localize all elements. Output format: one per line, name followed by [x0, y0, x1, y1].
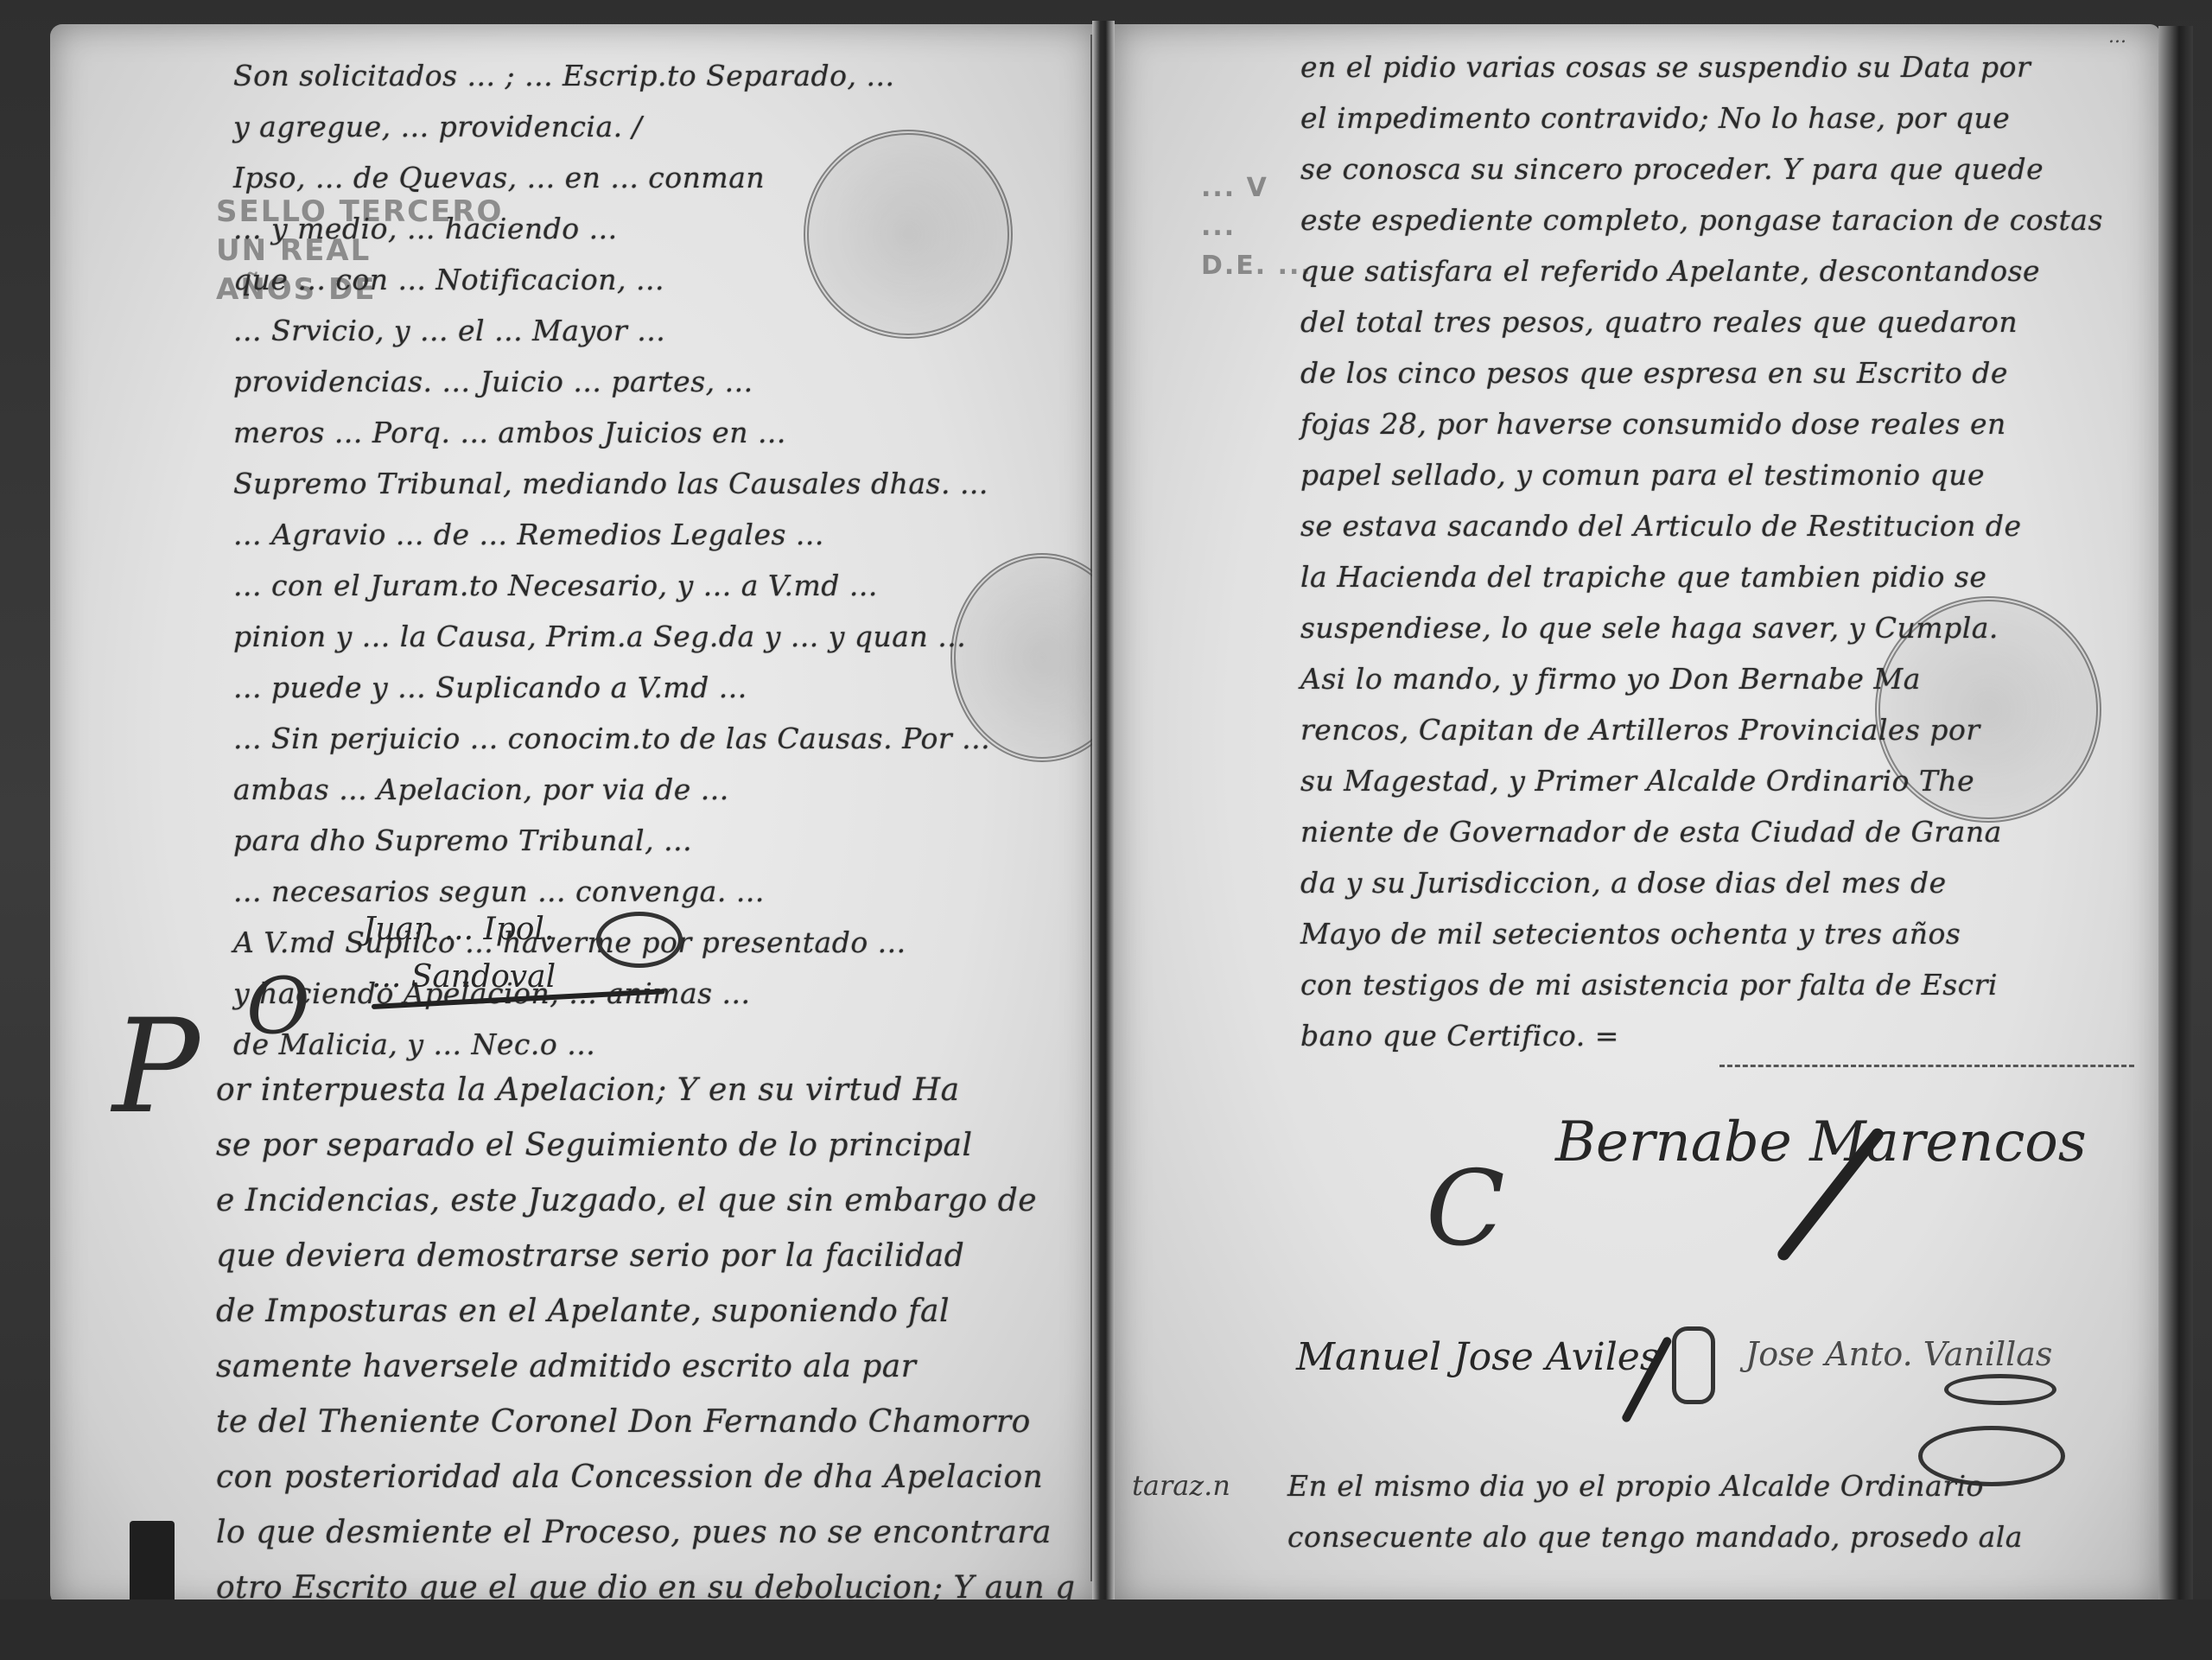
text-line: con testigos de mi asistencia por falta …	[1300, 959, 2103, 1010]
signature-bernabe-marencos: Bernabe Marencos	[1555, 1110, 2087, 1174]
text-line: la Hacienda del trapiche que tambien pid…	[1300, 551, 2103, 602]
text-line: que satisfara el referido Apelante, desc…	[1300, 245, 2103, 296]
right-page-upper-text: en el pidio varias cosas se suspendio su…	[1300, 41, 2103, 1061]
text-line: pinion y ... la Causa, Prim.a Seg.da y .…	[233, 611, 990, 662]
text-line: el impedimento contravido; No lo hase, p…	[1300, 92, 2103, 143]
text-line: ... Sin perjuicio ... conocim.to de las …	[233, 713, 990, 764]
text-line: ... Srvicio, y ... el ... Mayor ...	[233, 305, 990, 356]
text-line: ambas ... Apelacion, por via de ...	[233, 764, 990, 815]
manuscript-scan: SELLO TERCERO UN REAL AÑOS DE Son solici…	[0, 0, 2212, 1660]
text-line: su Magestad, y Primer Alcalde Ordinario …	[1300, 755, 2103, 806]
text-line: meros ... Porq. ... ambos Juicios en ...	[233, 407, 990, 458]
text-line: ... Agravio ... de ... Remedios Legales …	[233, 509, 990, 560]
text-line: rencos, Capitan de Artilleros Provincial…	[1300, 704, 2103, 755]
text-line: se estava sacando del Articulo de Restit…	[1300, 500, 2103, 551]
text-line: que ... con ... Notificacion, ...	[233, 254, 990, 305]
text-line: e Incidencias, este Juzgado, el que sin …	[216, 1173, 1076, 1229]
margin-stamp-line-1: ... V	[1201, 173, 1268, 203]
text-line: te del Theniente Coronel Don Fernando Ch…	[216, 1395, 1076, 1450]
left-signature-rubric	[596, 912, 683, 968]
text-line: ... necesarios segun ... convenga. ...	[233, 866, 990, 917]
witness-signature-1: Manuel Jose Aviles	[1296, 1335, 1659, 1379]
text-line: papel sellado, y comun para el testimoni…	[1300, 449, 2103, 500]
text-line: providencias. ... Juicio ... partes, ...	[233, 356, 990, 407]
right-page-edge	[2158, 26, 2193, 1608]
witness-signature-2: Jose Anto. Vanillas	[1745, 1335, 2052, 1373]
text-line: samente haversele admitido escrito ala p…	[216, 1339, 1076, 1395]
text-line: Ipso, ... de Quevas, ... en ... conman	[233, 152, 990, 203]
text-line: suspendiese, lo que sele haga saver, y C…	[1300, 602, 2103, 653]
left-signature-line-1: Juan ... Ipol.	[363, 912, 554, 947]
rubric-letter: C	[1426, 1158, 1505, 1262]
text-line: se por separado el Seguimiento de lo pri…	[216, 1118, 1076, 1173]
witness-1-rubric	[1672, 1326, 1715, 1404]
line-filler-dashes	[1719, 1065, 2134, 1067]
text-line: con posterioridad ala Concession de dha …	[216, 1450, 1076, 1505]
text-line: este espediente completo, pongase taraci…	[1300, 194, 2103, 245]
text-line: del total tres pesos, quatro reales que …	[1300, 296, 2103, 347]
text-line: or interpuesta la Apelacion; Y en su vir…	[216, 1063, 1076, 1118]
text-line: lo que desmiente el Proceso, pues no se …	[216, 1505, 1076, 1561]
text-line: para dho Supremo Tribunal, ...	[233, 815, 990, 866]
text-line: de los cinco pesos que espresa en su Esc…	[1300, 347, 2103, 398]
text-line: da y su Jurisdiccion, a dose dias del me…	[1300, 857, 2103, 908]
text-line: consecuente alo que tengo mandado, prose…	[1287, 1511, 2023, 1562]
text-line: bano que Certifico. =	[1300, 1010, 2103, 1061]
scan-bottom-border	[0, 1600, 2212, 1660]
text-line: En el mismo dia yo el propio Alcalde Ord…	[1287, 1460, 2023, 1511]
text-line: Asi lo mando, y firmo yo Don Bernabe Ma	[1300, 653, 2103, 704]
folio-mark: ...	[2108, 26, 2126, 48]
decorative-initial-small: O	[246, 968, 310, 1046]
margin-stamp-line-2: ...	[1201, 212, 1236, 242]
text-line: ... con el Juram.to Necesario, y ... a V…	[233, 560, 990, 611]
margin-stamp-line-3: D.E. ...	[1201, 251, 1313, 281]
text-line: ... y medio, ... haciendo ...	[233, 203, 990, 254]
text-line: fojas 28, por haverse consumido dose rea…	[1300, 398, 2103, 449]
witness-2-rubric-top	[1944, 1374, 2056, 1405]
text-line: y agregue, ... providencia. /	[233, 101, 990, 152]
right-page-lower-text: En el mismo dia yo el propio Alcalde Ord…	[1287, 1460, 2023, 1562]
left-page-lower-text: or interpuesta la Apelacion; Y en su vir…	[216, 1063, 1076, 1616]
text-line: en el pidio varias cosas se suspendio su…	[1300, 41, 2103, 92]
text-line: Supremo Tribunal, mediando las Causales …	[233, 458, 990, 509]
text-line: que deviera demostrarse serio por la fac…	[216, 1229, 1076, 1284]
margin-note-tasacion: taraz.n	[1132, 1469, 1230, 1502]
text-line: Son solicitados ... ; ... Escrip.to Sepa…	[233, 50, 990, 101]
text-line: de Imposturas en el Apelante, suponiendo…	[216, 1284, 1076, 1339]
text-line: Mayo de mil setecientos ochenta y tres a…	[1300, 908, 2103, 959]
text-line: niente de Governador de esta Ciudad de G…	[1300, 806, 2103, 857]
left-signature-line-2: ... Sandoval	[372, 959, 556, 995]
book-gutter	[1092, 21, 1115, 1612]
decorative-initial-letter: P	[112, 1002, 200, 1132]
text-line: se conosca su sincero proceder. Y para q…	[1300, 143, 2103, 194]
text-line: ... puede y ... Suplicando a V.md ...	[233, 662, 990, 713]
